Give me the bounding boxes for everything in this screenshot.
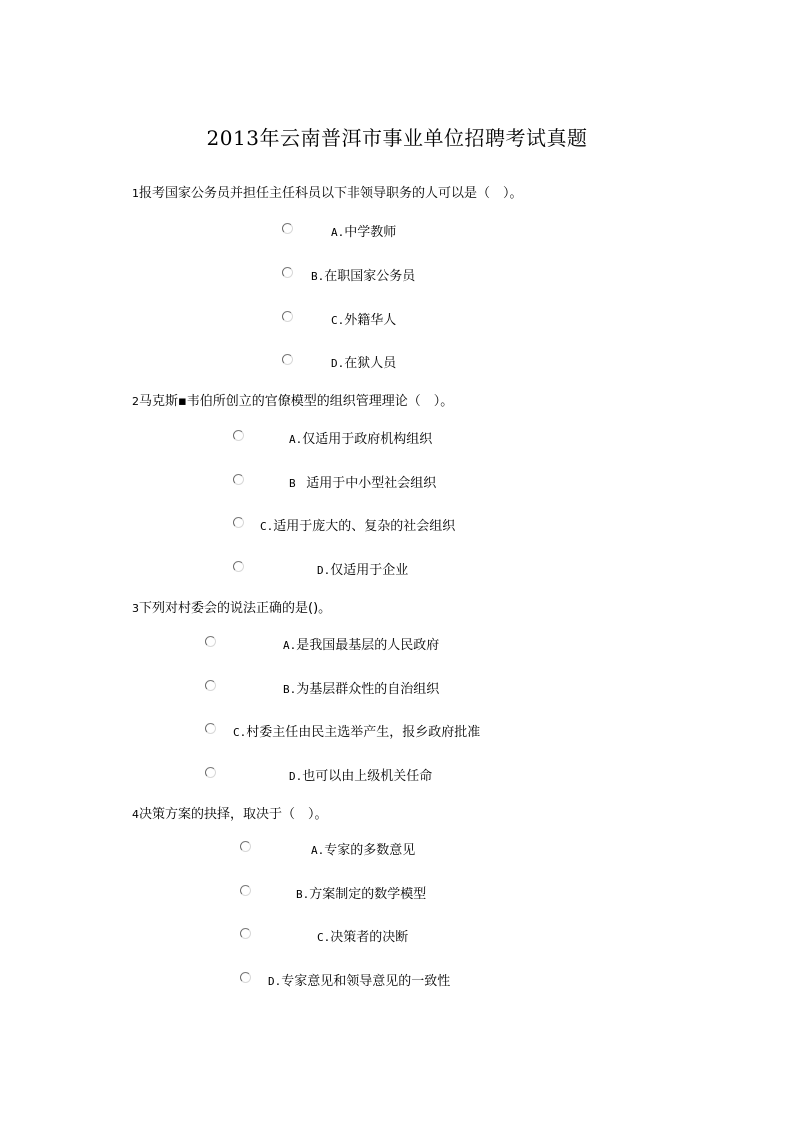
radio-button[interactable] [282, 267, 293, 278]
question-4: 4决策方案的抉择，取决于（ ）。 [132, 803, 328, 822]
question-number: 2 [132, 395, 139, 408]
question-number: 1 [132, 187, 139, 200]
radio-button[interactable] [205, 723, 216, 734]
page-title: 2013年云南普洱市事业单位招聘考试真题 [0, 122, 794, 151]
radio-button[interactable] [240, 972, 251, 983]
radio-button[interactable] [233, 561, 244, 572]
radio-button[interactable] [233, 517, 244, 528]
radio-button[interactable] [233, 474, 244, 485]
radio-button[interactable] [240, 841, 251, 852]
radio-button[interactable] [240, 928, 251, 939]
radio-button[interactable] [282, 311, 293, 322]
question-1: 1报考国家公务员并担任主任科员以下非领导职务的人可以是（ ）。 [132, 182, 523, 201]
radio-button[interactable] [205, 636, 216, 647]
radio-button[interactable] [233, 430, 244, 441]
question-3: 3下列对村委会的说法正确的是()。 [132, 597, 331, 616]
radio-button[interactable] [282, 354, 293, 365]
question-text: 下列对村委会的说法正确的是()。 [139, 601, 331, 616]
radio-button[interactable] [205, 680, 216, 691]
question-number: 3 [132, 602, 139, 615]
question-text: 决策方案的抉择，取决于（ ）。 [139, 807, 328, 822]
question-text: 马克斯▪韦伯所创立的官僚模型的组织管理理论（ ）。 [139, 394, 453, 409]
question-2: 2马克斯▪韦伯所创立的官僚模型的组织管理理论（ ）。 [132, 390, 453, 409]
question-text: 报考国家公务员并担任主任科员以下非领导职务的人可以是（ ）。 [139, 186, 523, 201]
radio-button[interactable] [282, 223, 293, 234]
radio-button[interactable] [205, 767, 216, 778]
radio-button[interactable] [240, 885, 251, 896]
question-number: 4 [132, 808, 139, 821]
